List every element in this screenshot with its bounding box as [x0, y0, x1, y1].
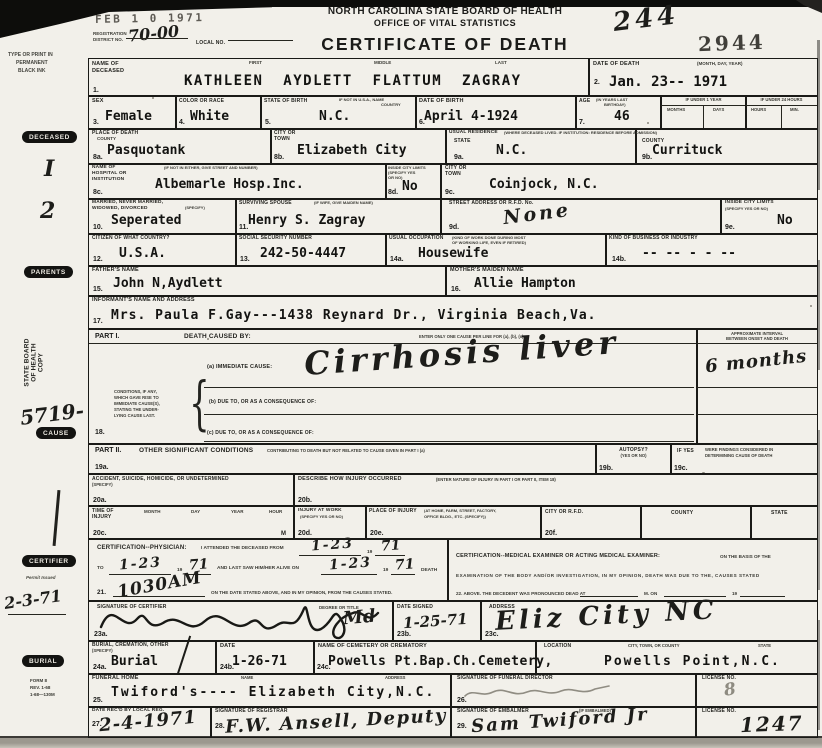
dod-number: 2.: [594, 79, 600, 86]
interval-value: 6 months: [704, 346, 808, 378]
findings-number: 19c.: [674, 465, 688, 472]
accident-sublabel: (SPECIFY): [92, 482, 113, 487]
ssn-label: SOCIAL SECURITY NUMBER: [239, 235, 312, 241]
informant-number: 17.: [93, 318, 103, 325]
mother-number: 16.: [451, 286, 461, 293]
industry-value: -- -- - - --: [642, 246, 736, 261]
field-time-of-injury: TIME OF INJURY MONTH DAY YEAR HOUR 20c. …: [88, 505, 295, 540]
residence-city-value: Coinjock, N.C.: [489, 177, 599, 192]
field-funeral-home: FUNERAL HOME NAME ADDRESS 25. Twiford's-…: [88, 673, 452, 708]
pod-city-number: 8b.: [274, 154, 284, 161]
cemetery-label: NAME OF CEMETERY OR CREMATORY: [318, 643, 427, 649]
tab-deceased: DECEASED: [22, 131, 77, 143]
informant-label: INFORMANT'S NAME AND ADDRESS: [92, 297, 195, 303]
date-signed-value: 1-25-71: [402, 610, 468, 632]
pod-county-label: COUNTY: [97, 136, 116, 141]
funeral-home-addr-sub: ADDRESS: [385, 675, 405, 680]
certifier-signature-scrawl: [97, 583, 382, 641]
location-sub-state: STATE: [758, 643, 771, 648]
citizen-value: U.S.A.: [119, 246, 166, 261]
conditions-note-1: CONDITIONS, IF ANY,: [114, 389, 157, 394]
race-label: COLOR OR RACE: [179, 98, 224, 104]
funeral-home-number: 25.: [93, 697, 103, 704]
examiner-title: CERTIFICATION--MEDICAL EXAMINER OR ACTIN…: [456, 553, 660, 559]
funeral-director-signature-scrawl: [463, 682, 613, 702]
copy-line-3: COPY: [38, 315, 45, 411]
name-col-last: LAST: [495, 60, 507, 65]
birth-state-value: N.C.: [319, 109, 350, 124]
location-value: Powells Point,N.C.: [604, 654, 781, 669]
copy-designation: STATE BOARD OF HEALTH COPY: [24, 315, 45, 411]
from-date-value: 1-23: [310, 536, 354, 555]
conditions-note-4: STATING THE UNDER-: [114, 407, 159, 412]
caused-by-label: DEATH CAUSED BY:: [184, 333, 251, 340]
field-burial-type: BURIAL, CREMATION, OTHER (SPECIFY) 24a. …: [88, 640, 217, 675]
field-marital-status: MARRIED, NEVER MARRIED, WIDOWED, DIVORCE…: [88, 198, 237, 235]
field-father-name: FATHER'S NAME 15. John N,Aydlett: [88, 265, 447, 297]
citizen-number: 12.: [93, 256, 103, 263]
permit-issued-note: Permit Issued: [26, 575, 56, 580]
field-cemetery-name: NAME OF CEMETERY OR CREMATORY 24c. Powel…: [313, 640, 537, 675]
field-signature-of-certifier: SIGNATURE OF CERTIFIER 23a. DEGREE OR TI…: [88, 600, 394, 642]
date-signed-label: DATE SIGNED: [397, 604, 433, 610]
dob-label: DATE OF BIRTH: [419, 98, 464, 104]
field-hospital-inside-city-limits: INSIDE CITY LIMITS (SPECIFY YES OR NO) 8…: [385, 163, 442, 200]
margin-stroke-mark: [53, 490, 60, 546]
place-injury-sub-1: (AT HOME, FARM, STREET, FACTORY,: [424, 508, 496, 513]
pod-county-value: Pasquotank: [107, 143, 185, 158]
dod-value: Jan. 23-- 1971: [609, 74, 727, 90]
name-col-middle: MIDDLE: [374, 60, 391, 65]
from-year-value: 71: [380, 537, 401, 554]
certificate-number-stamp: 2944: [698, 30, 766, 56]
pod-county-number: 8a.: [93, 154, 103, 161]
field-embalmer-signature: SIGNATURE OF EMBALMER (IF EMBALMED) 29. …: [450, 706, 697, 738]
alive-year-19: 19: [383, 568, 388, 573]
under24-label: IF UNDER 24 HOURS: [746, 97, 817, 102]
field-place-of-death-city: CITY OR TOWN 8b. Elizabeth City: [270, 128, 447, 165]
interval-header-line: [697, 343, 817, 344]
residence-county-number: 9b.: [642, 154, 652, 161]
hospital-value: Albemarle Hosp.Inc.: [155, 177, 304, 192]
findings-label-1: WERE FINDINGS CONSIDERED IN: [705, 447, 773, 452]
birth-state-number: 5.: [265, 119, 271, 126]
findings-if-yes: IF YES: [677, 448, 694, 454]
time-injury-month: MONTH: [144, 509, 161, 514]
father-label: FATHER'S NAME: [92, 267, 139, 273]
conditions-note-5: LYING CAUSE LAST.: [114, 413, 155, 418]
due-to-b-line: [204, 414, 694, 415]
field-place-of-injury: PLACE OF INJURY (AT HOME, FARM, STREET, …: [365, 505, 542, 540]
embalmer-license-value: 1247: [740, 711, 804, 737]
field-if-under-24-hours: IF UNDER 24 HOURS HOURS MIN.: [745, 95, 818, 130]
place-injury-label: PLACE OF INJURY: [369, 508, 417, 514]
handwritten-number: 244: [611, 0, 680, 38]
under24-min: MIN.: [790, 107, 799, 112]
occupation-number: 14a.: [390, 256, 404, 263]
margin-mark-2: 2: [40, 198, 55, 224]
injury-work-number: 20d.: [298, 530, 312, 537]
embalmer-number: 29.: [457, 723, 467, 730]
location-label: LOCATION: [544, 643, 571, 649]
registration-district-label-1: REGISTRATION: [93, 31, 127, 36]
cemetery-value: Powells Pt.Bap.Ch.Cemetery,: [328, 654, 553, 669]
tab-cause: CAUSE: [36, 427, 76, 439]
field-ssn: SOCIAL SECURITY NUMBER 13. 242-50-4447: [235, 233, 387, 267]
industry-label: KIND OF BUSINESS OR INDUSTRY: [609, 235, 698, 241]
injury-county-label: COUNTY: [671, 510, 693, 516]
occupation-label: USUAL OCCUPATION: [389, 235, 444, 241]
father-value: John N,Aydlett: [113, 276, 223, 291]
dod-sublabel: (MONTH, DAY, YEAR): [697, 61, 743, 66]
field-state-of-birth: STATE OF BIRTH IF NOT IN U.S.A., NAME CO…: [260, 95, 417, 130]
hospital-sublabel: (IF NOT IN EITHER, GIVE STREET AND NUMBE…: [164, 165, 258, 170]
autopsy-sublabel: (YES OR NO): [596, 453, 671, 458]
board-name: NORTH CAROLINA STATE BOARD OF HEALTH: [295, 6, 595, 17]
field-certification-medical-examiner: CERTIFICATION--MEDICAL EXAMINER OR ACTIN…: [447, 538, 818, 602]
marital-label-1: MARRIED, NEVER MARRIED,: [92, 200, 163, 205]
field-mother-name: MOTHER'S MAIDEN NAME 16. Allie Hampton: [445, 265, 818, 297]
field-street-address: STREET ADDRESS OR R.F.D. No. 9d. None: [440, 198, 722, 235]
occupation-sub-2: OF WORKING LIFE, EVEN IF RETIRED): [452, 240, 526, 245]
sex-label: SEX: [92, 98, 104, 104]
degree-title-value: Md: [342, 606, 376, 630]
race-number: 4.: [179, 119, 185, 126]
field-certifier-address: ADDRESS 23c. Eliz City NC: [480, 600, 818, 642]
field-injury-at-work: INJURY AT WORK (SPECIFY YES OR NO) 20d.: [293, 505, 367, 540]
immediate-cause-value: Cirrhosis liver: [303, 323, 620, 383]
margin-mark-4-line: [8, 614, 66, 615]
time-injury-m: M: [281, 531, 286, 537]
alive-year-line: [391, 574, 415, 575]
field-residence-state: USUAL RESIDENCE (WHERE DECEASED LIVED. I…: [445, 128, 637, 165]
registration-district-line: [126, 38, 188, 39]
injury-state-label: STATE: [771, 510, 788, 516]
residence-city-label-2: TOWN: [445, 171, 461, 177]
pronounced-line-1: [580, 596, 638, 597]
under1-months: MONTHS: [667, 107, 685, 112]
form-number-2: REV. 1-68: [30, 685, 50, 690]
field-residence-inside-city-limits: INSIDE CITY LIMITS (SPECIFY YES OR NO) 9…: [720, 198, 818, 235]
marital-number: 10.: [93, 224, 103, 231]
how-injury-number: 20b.: [298, 497, 312, 504]
residence-icl-label-2: (SPECIFY YES OR NO): [725, 206, 768, 211]
time-injury-label-2: INJURY: [92, 514, 111, 520]
tab-parents: PARENTS: [24, 266, 73, 278]
birth-state-label: STATE OF BIRTH: [264, 98, 307, 104]
part2-label: PART II.: [95, 447, 121, 454]
hospital-label-2: HOSPITAL OR: [92, 171, 127, 176]
burial-date-value: 1-26-71: [232, 654, 287, 669]
location-sub-city: CITY, TOWN, OR COUNTY: [628, 643, 680, 648]
time-injury-hour: HOUR: [269, 509, 282, 514]
field-burial-date: DATE 24b. 1-26-71: [215, 640, 315, 675]
sex-value: Female: [105, 109, 152, 124]
mother-label: MOTHER'S MAIDEN NAME: [450, 267, 524, 273]
dod-label: DATE OF DEATH: [593, 61, 639, 67]
funeral-director-label: SIGNATURE OF FUNERAL DIRECTOR: [457, 675, 553, 681]
injury-work-sublabel: (SPECIFY YES OR NO): [300, 514, 343, 519]
burial-type-value: Burial: [111, 654, 158, 669]
place-injury-sub-2: OFFICE BLDG., ETC. (SPECIFY)): [424, 514, 486, 519]
field-citizen: CITIZEN OF WHAT COUNTRY? 12. U.S.A.: [88, 233, 237, 267]
time-injury-number: 20c.: [93, 530, 107, 537]
alive-date-value: 1-23: [328, 555, 372, 574]
interval-line-b: [697, 414, 817, 415]
time-injury-year: YEAR: [231, 509, 244, 514]
spouse-label: SURVIVING SPOUSE: [239, 200, 292, 206]
under1-days: DAYS: [713, 107, 724, 112]
mother-value: Allie Hampton: [474, 276, 576, 291]
field-how-injury-occurred: DESCRIBE HOW INJURY OCCURRED (ENTER NATU…: [293, 473, 818, 507]
part1-label: PART I.: [95, 333, 119, 340]
hospital-label-3: INSTITUTION: [92, 177, 124, 182]
examiner-19: 19: [732, 591, 737, 596]
ssn-value: 242-50-4447: [260, 246, 346, 261]
dob-value: April 4-1924: [424, 109, 518, 124]
burial-check-mark: [177, 636, 191, 675]
hospital-label-1: NAME OF: [92, 165, 116, 170]
field-date-signed: DATE SIGNED 23b. 1-25-71: [392, 600, 482, 642]
name-col-first: FIRST: [249, 60, 262, 65]
field-injury-city: CITY OR R.F.D. 20f.: [540, 505, 642, 540]
place-injury-number: 20e.: [370, 530, 384, 537]
immediate-cause-label: (a) IMMEDIATE CAUSE:: [207, 364, 272, 370]
pod-city-label-2: TOWN: [274, 136, 290, 142]
conditions-brace: {: [189, 369, 209, 437]
race-value: White: [190, 109, 229, 124]
residence-state-number: 9a.: [454, 154, 464, 161]
hospital-number: 8c.: [93, 189, 103, 196]
residence-icl-value: No: [777, 213, 793, 228]
birth-state-sub-2: COUNTRY: [381, 102, 401, 107]
copy-line-2: OF HEALTH: [31, 315, 38, 411]
burial-type-sublabel: (SPECIFY): [92, 648, 113, 653]
field-registrar-signature: SIGNATURE OF REGISTRAR 28. F.W. Ansell, …: [210, 706, 452, 738]
field-funeral-director-license: LICENSE NO. 8: [695, 673, 818, 708]
part2-sublabel: CONTRIBUTING TO DEATH BUT NOT RELATED TO…: [267, 448, 425, 453]
field-autopsy: AUTOPSY? (YES OR NO) 19b.: [595, 443, 672, 475]
residence-header: USUAL RESIDENCE: [449, 130, 498, 135]
pronounced-line-3: [740, 596, 785, 597]
field-surviving-spouse: SURVIVING SPOUSE (IF WIFE, GIVE MAIDEN N…: [235, 198, 442, 235]
field-other-significant-conditions: PART II. OTHER SIGNIFICANT CONDITIONS CO…: [88, 443, 597, 475]
name-number: 1.: [93, 87, 99, 94]
burial-type-number: 24a.: [93, 664, 107, 671]
hospital-icl-label-3: OR NO): [388, 175, 402, 180]
part2-number: 19a.: [95, 464, 109, 471]
scan-artifact-right-edge: [818, 430, 820, 590]
residence-state-label: STATE: [454, 138, 471, 144]
print-instruction-1: TYPE OR PRINT IN: [8, 52, 53, 58]
field-if-under-1-year: IF UNDER 1 YEAR MONTHS DAYS: [660, 95, 747, 130]
form-number-1: FORM 8: [30, 678, 47, 683]
hospital-icl-value: No: [402, 179, 418, 194]
registration-district-label-2: DISTRICT NO.: [93, 37, 123, 42]
interval-label-2: BETWEEN ONSET AND DEATH: [697, 336, 817, 341]
residence-state-value: N.C.: [496, 143, 527, 158]
to-date-value: 1-23: [118, 555, 162, 574]
form-number-3: 1-68—130M: [30, 692, 55, 697]
physician-cert-title: CERTIFICATION--PHYSICIAN:: [97, 545, 187, 551]
time-injury-day: DAY: [191, 509, 200, 514]
field-color-or-race: COLOR OR RACE 4. White: [175, 95, 262, 130]
conditions-note-2: WHICH GAVE RISE TO: [114, 395, 159, 400]
field-cause-of-death-part1: PART I. DEATH CAUSED BY: ENTER ONLY ONE …: [88, 328, 698, 445]
under24-hours: HOURS: [751, 107, 766, 112]
pod-city-value: Elizabeth City: [297, 143, 407, 158]
due-to-c-label: (c) DUE TO, OR AS A CONSEQUENCE OF:: [207, 430, 314, 436]
street-number: 9d.: [449, 224, 459, 231]
print-instruction-3: BLACK INK: [18, 68, 46, 74]
field-sex: SEX 3. Female: [88, 95, 177, 130]
field-industry: KIND OF BUSINESS OR INDUSTRY 14b. -- -- …: [605, 233, 818, 267]
birth-state-sub-1: IF NOT IN U.S.A., NAME: [339, 97, 384, 102]
field-name-of-deceased: NAME OF DECEASED FIRST MIDDLE LAST 1. KA…: [88, 58, 590, 97]
attended-from-label: I ATTENDED THE DECEASED FROM: [201, 546, 284, 551]
residence-icl-number: 9e.: [725, 224, 735, 231]
director-license-value: 8: [723, 679, 738, 700]
burial-date-label: DATE: [220, 643, 235, 649]
under1-vline: [703, 105, 704, 129]
office-name: OFFICE OF VITAL STATISTICS: [295, 18, 595, 28]
residence-city-number: 9c.: [445, 189, 455, 196]
address-value: Eliz City NC: [494, 595, 718, 637]
immediate-cause-line: [204, 387, 694, 388]
ssn-number: 13.: [240, 256, 250, 263]
name-label-1: NAME OF: [92, 61, 119, 67]
margin-mark-1: I: [44, 156, 54, 182]
from-year-line: [375, 555, 405, 556]
to-label: TO: [97, 566, 104, 571]
cause-number-18: 18.: [95, 429, 105, 436]
field-funeral-director-signature: SIGNATURE OF FUNERAL DIRECTOR 26.: [450, 673, 697, 708]
examiner-line2: EXAMINATION OF THE BODY AND/OR INVESTIGA…: [456, 573, 760, 578]
examiner-line3: 22. ABOVE. THE DECEDENT WAS PRONOUNCED D…: [456, 591, 586, 596]
embalmer-license-label: LICENSE NO.: [702, 708, 736, 714]
marital-value: Seperated: [111, 213, 181, 228]
name-value: KATHLEEN AYDLETT FLATTUM ZAGRAY: [184, 73, 522, 89]
father-number: 15.: [93, 286, 103, 293]
field-place-of-death-county: PLACE OF DEATH COUNTY 8a. Pasquotank: [88, 128, 272, 165]
part2-title: OTHER SIGNIFICANT CONDITIONS: [139, 447, 253, 454]
how-injury-label: DESCRIBE HOW INJURY OCCURRED: [298, 476, 402, 482]
injury-city-number: 20f.: [545, 530, 557, 537]
registrar-number: 28.: [215, 723, 225, 730]
field-occupation: USUAL OCCUPATION (KIND OF WORK DONE DURI…: [385, 233, 607, 267]
field-date-of-birth: DATE OF BIRTH 6. April 4-1924: [415, 95, 577, 130]
spouse-number: 11.: [239, 224, 248, 231]
age-label: AGE: [579, 98, 590, 104]
field-informant: INFORMANT'S NAME AND ADDRESS 17. Mrs. Pa…: [88, 295, 818, 330]
spouse-value: Henry S. Zagray: [248, 213, 365, 228]
industry-number: 14b.: [612, 256, 626, 263]
marital-label-2: WIDOWED, DIVORCED: [92, 206, 148, 211]
age-sub-2: BIRTHDAY): [604, 102, 626, 107]
alive-date-line: [321, 574, 377, 575]
field-interval-onset-death: APPROXIMATE INTERVAL BETWEEN ONSET AND D…: [696, 328, 818, 445]
last-saw-label: AND LAST SAW HIM/HER ALIVE ON: [217, 566, 299, 571]
findings-label-2: DETERMINING CAUSE OF DEATH: [705, 453, 772, 458]
field-cemetery-location: LOCATION CITY, TOWN, OR COUNTY STATE Pow…: [535, 640, 818, 675]
due-to-c-line: [204, 441, 694, 442]
tab-burial: BURIAL: [22, 655, 64, 667]
occupation-value: Housewife: [418, 246, 488, 261]
under1-label: IF UNDER 1 YEAR: [661, 97, 746, 102]
registration-district-value: 70-00: [127, 21, 180, 45]
field-autopsy-findings: IF YES WERE FINDINGS CONSIDERED IN DETER…: [670, 443, 818, 475]
field-date-received: DATE REC'D BY LOCAL REG. 27. 2-4-1971: [88, 706, 212, 738]
autopsy-number: 19b.: [599, 465, 613, 472]
funeral-home-value: Twiford's---- Elizabeth City,N.C.: [111, 685, 435, 700]
margin-mark-4: 2-3-71: [3, 586, 63, 613]
spouse-sublabel: (IF WIFE, GIVE MAIDEN NAME): [314, 200, 373, 205]
tab-certifier: CERTIFIER: [22, 555, 76, 567]
citizen-label: CITIZEN OF WHAT COUNTRY?: [92, 235, 170, 241]
conditions-note-3: IMMEDIATE CAUSE(S),: [114, 401, 160, 406]
funeral-home-label: FUNERAL HOME: [92, 675, 139, 681]
under24-vline: [781, 105, 782, 129]
print-instruction-2: PERMANENT: [16, 60, 48, 66]
copy-line-1: STATE BOARD: [24, 315, 31, 411]
field-age: AGE (IN YEARS LAST BIRTHDAY) 7. 46: [575, 95, 662, 130]
field-residence-county: COUNTY 9b. Currituck: [635, 128, 818, 165]
death-certificate-scan: FEB 1 0 1971 REGISTRATION DISTRICT NO. 7…: [0, 0, 822, 748]
how-injury-sublabel: (ENTER NATURE OF INJURY IN PART I OR PAR…: [436, 477, 556, 482]
field-accident-type: ACCIDENT, SUICIDE, HOMICIDE, OR UNDETERM…: [88, 473, 295, 507]
alive-year-value: 71: [394, 556, 415, 573]
field-hospital: NAME OF HOSPITAL OR INSTITUTION (IF NOT …: [88, 163, 387, 200]
age-number: 7.: [579, 119, 585, 126]
informant-value: Mrs. Paula F.Gay---1438 Reynard Dr., Vir…: [111, 308, 596, 323]
local-no-label: LOCAL NO.: [196, 40, 225, 46]
field-date-of-death: DATE OF DEATH (MONTH, DAY, YEAR) 2. Jan.…: [588, 58, 818, 97]
name-label-2: DECEASED: [92, 68, 124, 74]
field-injury-state: STATE: [750, 505, 818, 540]
injury-city-label: CITY OR R.F.D.: [545, 509, 583, 515]
certificate-title: CERTIFICATE OF DEATH: [280, 34, 610, 55]
field-residence-city: CITY OR TOWN 9c. Coinjock, N.C.: [440, 163, 818, 200]
examiner-m-on: M. ON: [644, 591, 657, 596]
injury-work-label: INJURY AT WORK: [298, 508, 342, 513]
field-embalmer-license: LICENSE NO. 1247: [695, 706, 818, 738]
marital-sublabel: (SPECIFY): [185, 205, 205, 210]
residence-county-value: Currituck: [652, 143, 722, 158]
due-to-b-label: (b) DUE TO, OR AS A CONSEQUENCE OF:: [209, 399, 316, 405]
examiner-basis: ON THE BASIS OF THE: [720, 554, 771, 559]
death-word: DEATH: [421, 568, 437, 573]
field-injury-county: COUNTY: [640, 505, 752, 540]
hospital-icl-number: 8d.: [388, 189, 398, 196]
residence-icl-label-1: INSIDE CITY LIMITS: [725, 200, 774, 205]
age-value: 46: [614, 109, 630, 124]
sex-number: 3.: [93, 119, 99, 126]
funeral-home-name-sub: NAME: [241, 675, 253, 680]
accident-number: 20a.: [93, 497, 107, 504]
interval-line-a: [697, 387, 817, 388]
